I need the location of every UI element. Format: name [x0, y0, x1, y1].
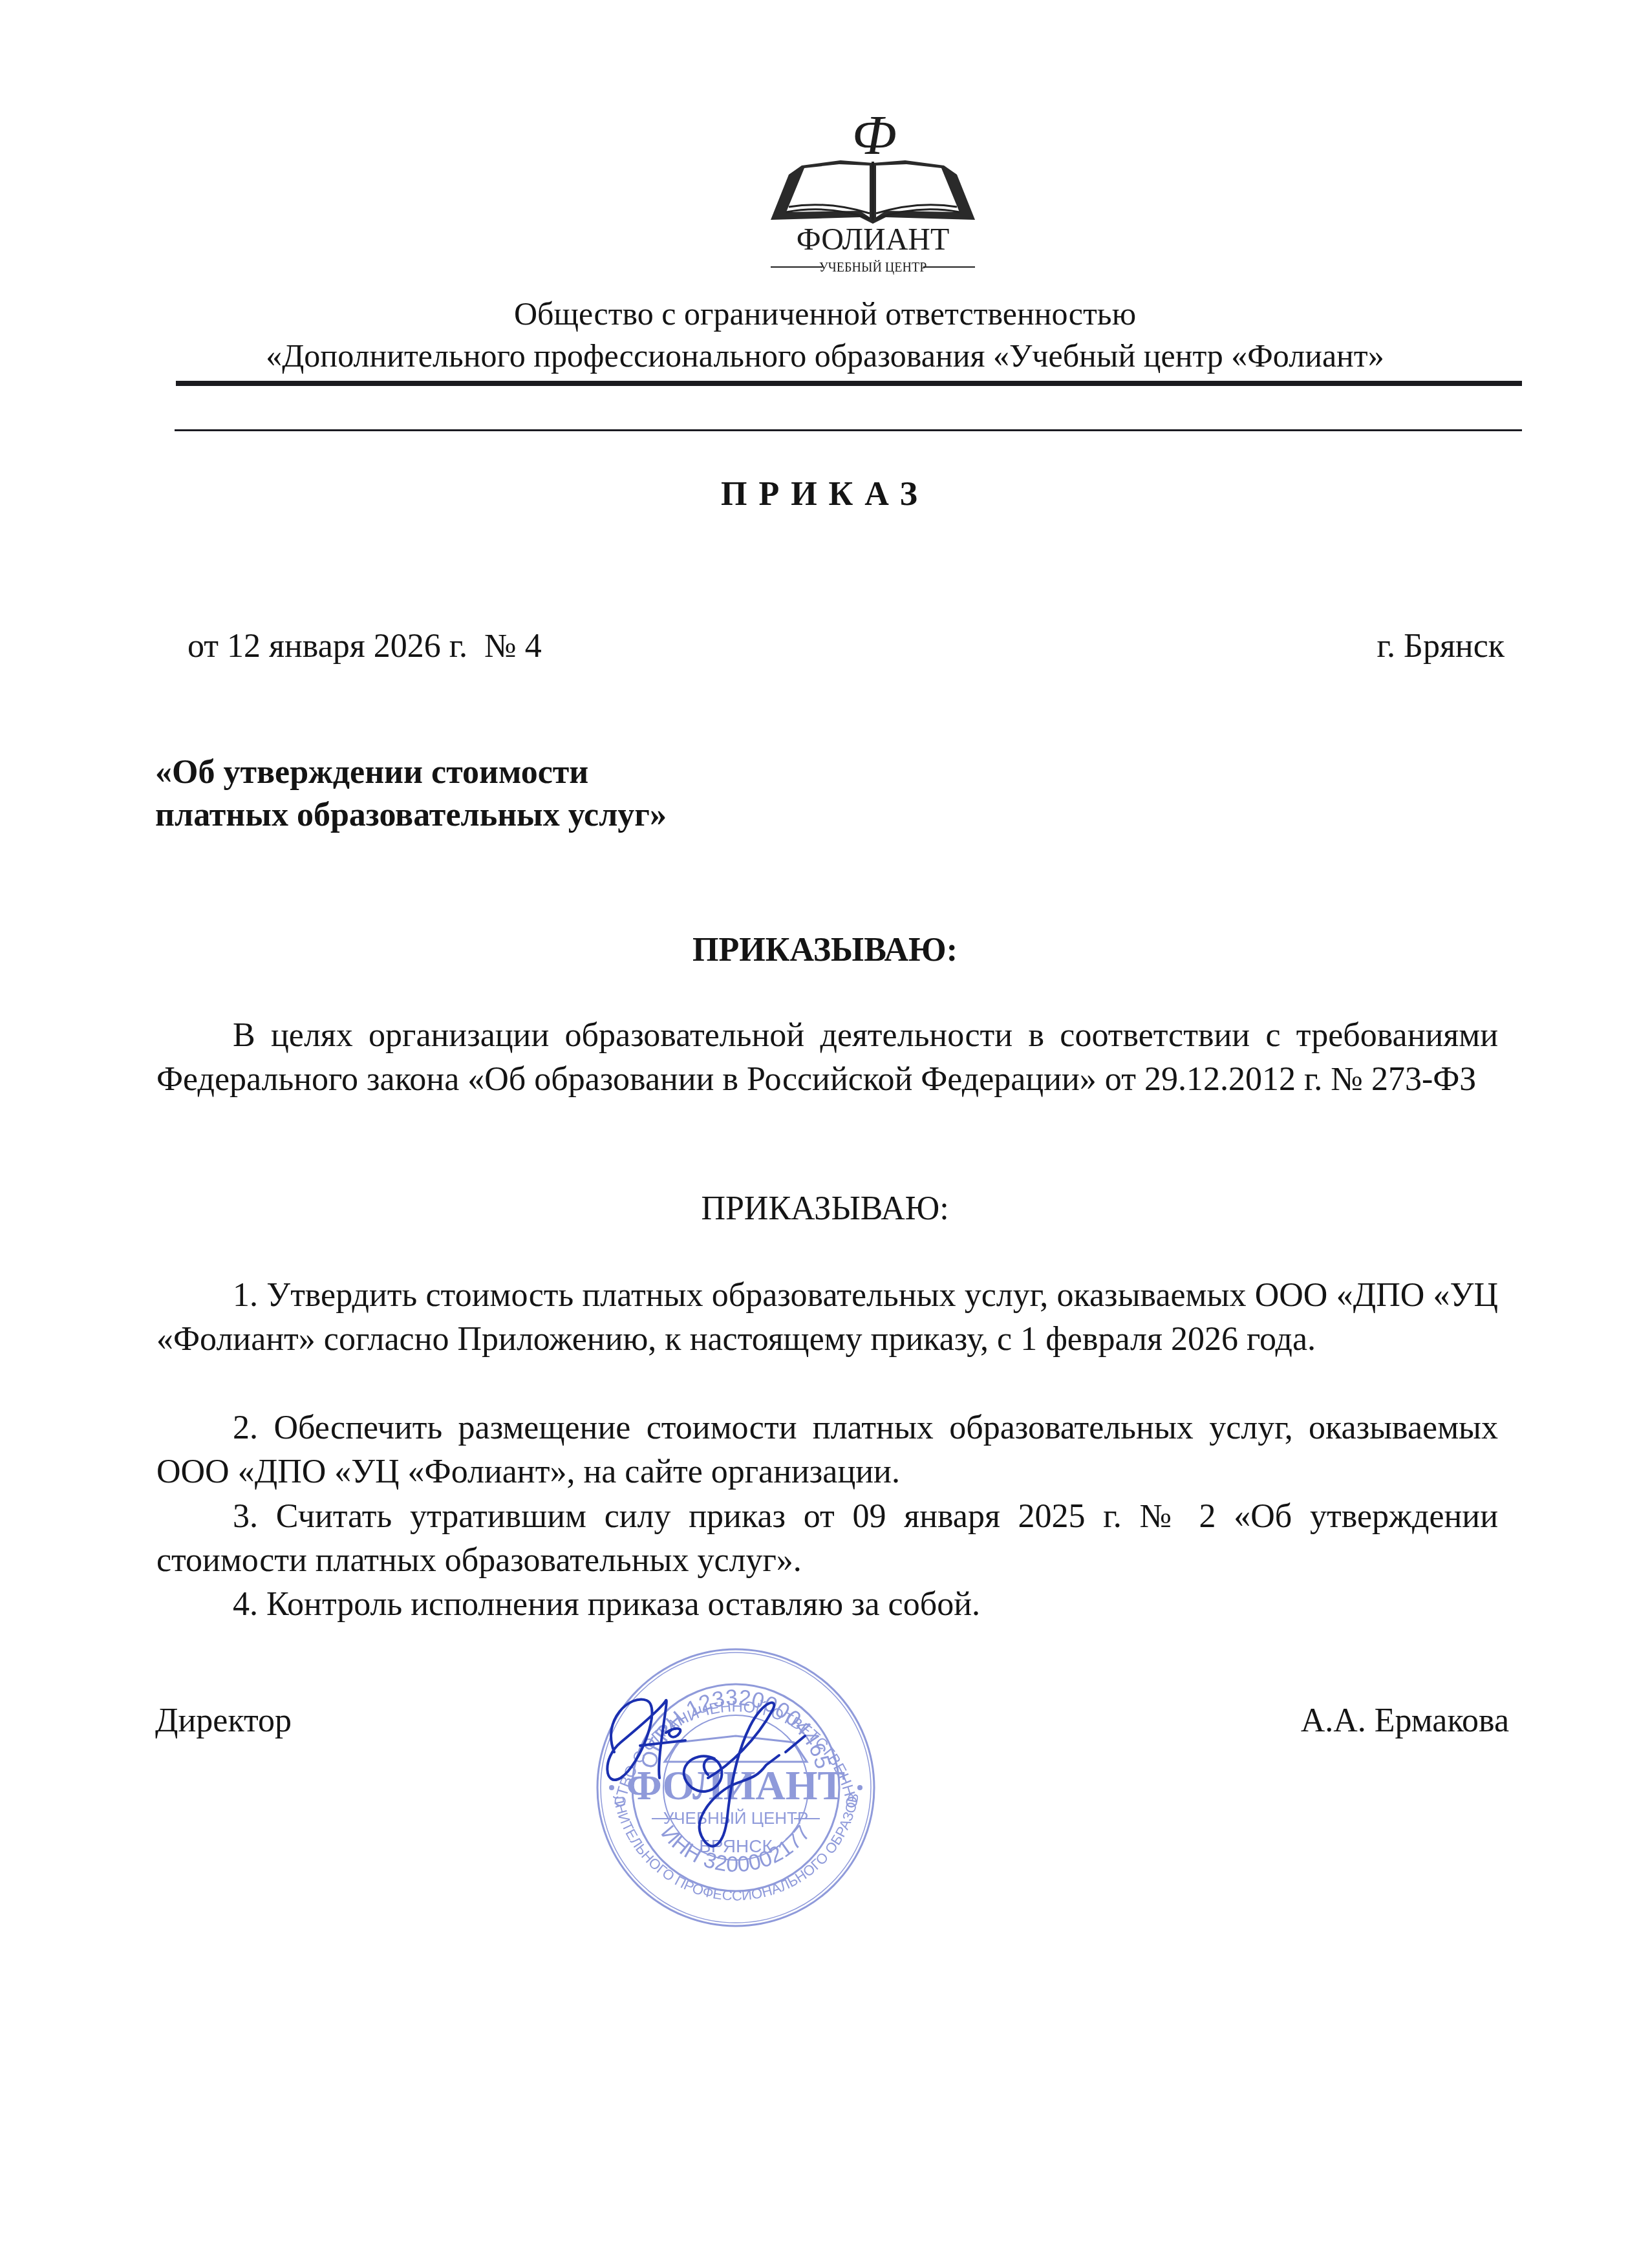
subject-line-2: платных образовательных услуг»: [155, 794, 667, 837]
order-item-4: 4. Контроль исполнения приказа оставляю …: [156, 1583, 1498, 1627]
company-logo: Ф ФОЛИАНТ УЧЕБНЫЙ ЦЕНТР: [763, 103, 983, 278]
organization-type: Общество с ограниченной ответственностью: [0, 294, 1650, 333]
signatory-position: Директор: [155, 1698, 292, 1744]
subject-line-1: «Об утверждении стоимости: [155, 751, 667, 794]
signatory-name: А.А. Ермакова: [1301, 1698, 1509, 1744]
header-divider-thick: [176, 381, 1522, 386]
organization-name: «Дополнительного профессионального образ…: [0, 336, 1650, 375]
logo-name: ФОЛИАНТ: [797, 222, 950, 257]
order-subject: «Об утверждении стоимости платных образо…: [155, 751, 667, 837]
document-title: ПРИКАЗ: [0, 472, 1650, 517]
logo-tagline: УЧЕБНЫЙ ЦЕНТР: [819, 260, 927, 275]
order-item-3: 3. Считать утратившим силу приказ от 09 …: [156, 1495, 1498, 1583]
logo-monogram-icon: Ф: [852, 104, 896, 166]
order-heading-bold: ПРИКАЗЫВАЮ:: [0, 928, 1650, 973]
handwritten-signature: [595, 1681, 815, 1862]
order-item-1: 1. Утвердить стоимость платных образоват…: [156, 1274, 1498, 1362]
order-date-number: от 12 января 2026 г. № 4: [187, 624, 542, 669]
order-heading: ПРИКАЗЫВАЮ:: [0, 1186, 1650, 1232]
order-item-2: 2. Обеспечить размещение стоимости платн…: [156, 1406, 1498, 1494]
order-city: г. Брянск: [1377, 624, 1505, 669]
header-divider-thin: [175, 429, 1522, 431]
open-book-icon: [771, 160, 975, 224]
preamble-paragraph: В целях организации образовательной деят…: [156, 1014, 1498, 1102]
